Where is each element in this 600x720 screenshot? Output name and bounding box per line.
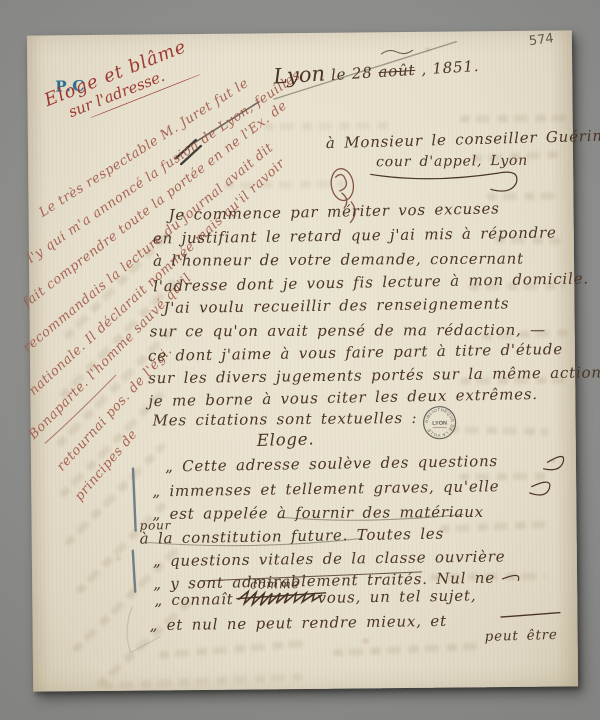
- paper-stain: [363, 638, 369, 643]
- body-line: en justifiant le retard que j'ai mis à r…: [153, 225, 557, 246]
- deleted-word-gap: [234, 603, 318, 604]
- interline-insert-pour: pour: [140, 519, 172, 531]
- bleedthrough-mark: [333, 643, 483, 657]
- interline-squiggle: [381, 50, 413, 54]
- library-stamp: BIBLIOTHÈQUE DE LA VILLE LYON: [423, 407, 455, 439]
- section-heading: Eloge.: [257, 431, 315, 449]
- line-end-curl: [502, 575, 519, 581]
- paper-stain: [425, 48, 430, 52]
- quote-line-suffix: vous, un tel sujet,: [317, 588, 476, 605]
- bleedthrough-mark: [95, 595, 196, 688]
- bleedthrough-mark: [460, 114, 568, 122]
- bleedthrough-mark: [159, 640, 309, 659]
- quote-line: „ questions vitales de la classe ouvrièr…: [153, 549, 506, 569]
- quote-line: à la constitution future. Toutes les: [140, 527, 445, 547]
- quote-line: „ et nul ne peut rendre mieux, et: [149, 614, 447, 633]
- paper-stain: [116, 557, 121, 561]
- body-line: ce dont j'aime à vous faire part à titre…: [148, 342, 563, 364]
- dateline: Lyon le 28 août , 1851.: [273, 52, 480, 89]
- quote-line-with-deletion: „ connaît vous, un tel sujet,: [154, 588, 476, 608]
- bleedthrough-mark: [449, 426, 549, 436]
- line-end-curl: [529, 482, 550, 495]
- library-stamp-ring-text: BIBLIOTHÈQUE DE LA VILLE: [424, 407, 455, 438]
- svg-text:BIBLIOTHÈQUE DE LA VILLE: BIBLIOTHÈQUE DE LA VILLE: [424, 407, 455, 438]
- recipient-underline-flourish: [370, 172, 517, 192]
- paper-stain: [551, 459, 555, 463]
- quote-line-prefix: „ connaît: [154, 592, 233, 608]
- body-line: Mes citations sont textuelles :: [152, 411, 417, 429]
- dateline-month-struck: août: [378, 61, 416, 81]
- library-stamp-center-text: LYON: [432, 421, 447, 427]
- body-line: J'ai voulu recueillir des renseignements: [163, 296, 509, 316]
- quote-line: „ immenses et tellement graves, qu'elle: [152, 479, 499, 499]
- interline-insert-comme: comme: [250, 578, 300, 591]
- dateline-day: le 28: [330, 64, 373, 85]
- body-line: je me borne à vous citer les deux extrêm…: [148, 387, 538, 409]
- catchword: peut être: [484, 629, 557, 644]
- scan-background: BIBLIOTHÈQUE DE LA VILLE LYON 574 P.C El…: [0, 0, 600, 720]
- line-end-curl: [543, 456, 564, 469]
- dateline-year: , 1851.: [421, 57, 480, 79]
- recipient-line: à Monsieur le conseiller Guérin: [326, 129, 600, 151]
- body-line: sur les divers jugements portés sur la m…: [148, 365, 600, 386]
- manuscript-page: BIBLIOTHÈQUE DE LA VILLE LYON 574 P.C El…: [27, 30, 578, 691]
- bleedthrough-mark: [439, 521, 547, 533]
- body-line: l'adresse dont je vous fis lecture à mon…: [153, 271, 589, 294]
- margin-vertical-stroke: [132, 469, 136, 592]
- bleedthrough-mark: [103, 674, 303, 690]
- dateline-place: Lyon: [273, 61, 326, 88]
- body-line: sur ce qu'on avait pensé de ma rédaction…: [150, 323, 546, 340]
- folio-number: 574: [528, 31, 555, 49]
- quote-line: „ Cette adresse soulève des questions: [165, 454, 498, 475]
- bleedthrough-mark: [264, 122, 394, 130]
- body-line: à l'honneur de votre demande, concernant: [153, 252, 524, 269]
- body-line: Je commence par mériter vos excuses: [168, 201, 499, 223]
- quote-line: „ est appelée à fournir des matériaux: [152, 505, 484, 522]
- recipient-subline: cour d'appel, Lyon: [376, 154, 528, 169]
- line-end-dash: [500, 613, 560, 618]
